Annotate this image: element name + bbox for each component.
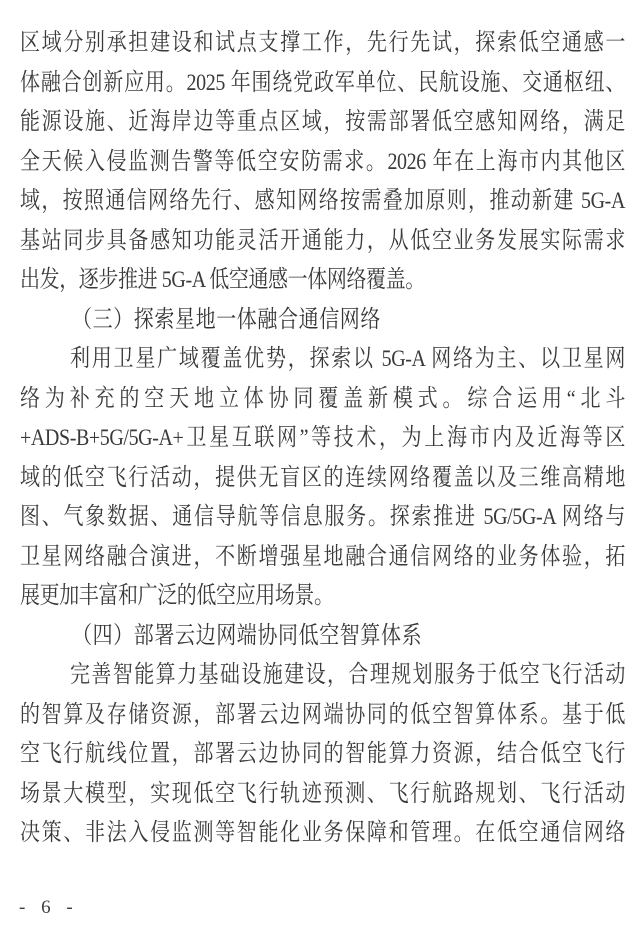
body-text-line: 决策、非法入侵监测等智能化业务保障和管理。在低空通信网络 xyxy=(20,810,625,857)
document-page: 区域分别承担建设和试点支撑工作，先行先试，探索低空通感一 体融合创新应用。202… xyxy=(0,0,642,938)
document-body: 区域分别承担建设和试点支撑工作，先行先试，探索低空通感一 体融合创新应用。202… xyxy=(20,24,625,854)
page-number: - 6 - xyxy=(19,896,75,920)
